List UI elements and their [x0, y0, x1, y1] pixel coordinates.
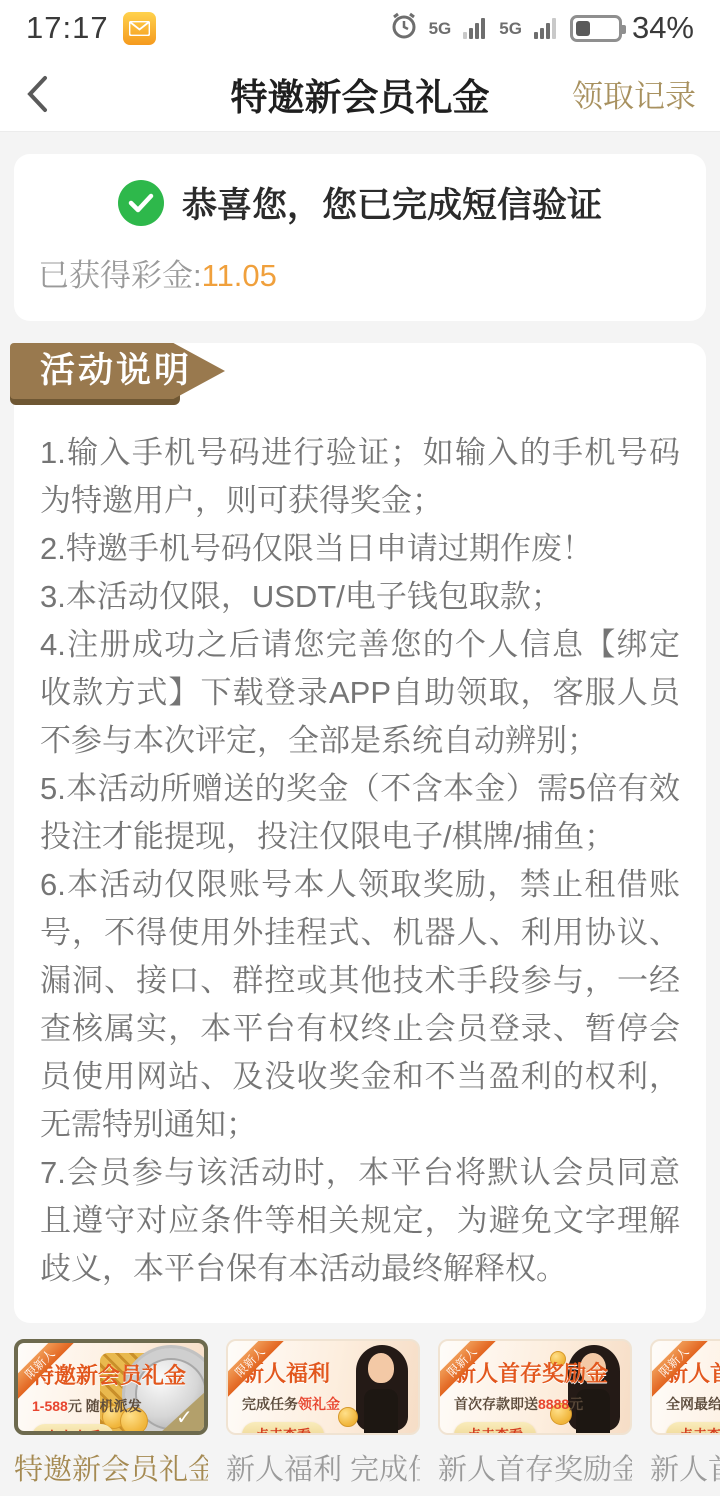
- rules-list: 1.输入手机号码进行验证；如输入的手机号码为特邀用户，则可获得奖金； 2.特邀手…: [14, 429, 706, 1293]
- rule-item-3: 3.本活动仅限，USDT/电子钱包取款；: [40, 573, 680, 621]
- bonus-line: 已获得彩金:11.05: [38, 250, 682, 295]
- promo-caption[interactable]: 新人首存奖励金 首...: [438, 1447, 632, 1488]
- promo-caption[interactable]: 新人首存: [650, 1447, 720, 1488]
- promo-view-button[interactable]: 点击查看: [666, 1422, 720, 1435]
- promo-caption[interactable]: 新人福利 完成任务...: [226, 1447, 420, 1488]
- rule-item-5: 5.本活动所赠送的奖金（不含本金）需5倍有效投注才能提现，投注仅限电子/棋牌/捕…: [40, 765, 680, 861]
- promo-captions-row: 特邀新会员礼金 新人福利 完成任务... 新人首存奖励金 首... 新人首存: [0, 1447, 720, 1488]
- battery-percent: 34%: [632, 10, 694, 46]
- rule-item-2: 2.特邀手机号码仅限当日申请过期作废！: [40, 525, 680, 573]
- network-5g-label-1: 5G: [429, 20, 452, 37]
- promo-card-newbie-welfare[interactable]: 限新人 新人福利 完成任务领礼金 点击查看: [226, 1339, 420, 1435]
- bonus-amount: 11.05: [202, 258, 277, 293]
- promo-caption-selected[interactable]: 特邀新会员礼金: [14, 1447, 208, 1488]
- network-5g-label-2: 5G: [499, 20, 522, 37]
- promo-card-first-deposit[interactable]: 限新人 新人首存 送 全网最给力 疯狂 点击查看: [650, 1339, 720, 1435]
- status-bar: 17:17 5G 5G 34%: [0, 0, 720, 56]
- back-chevron-icon: [24, 72, 50, 116]
- rule-item-7: 7.会员参与该活动时，本平台将默认会员同意且遵守对应条件等相关规定，为避免文字理…: [40, 1149, 680, 1293]
- claim-records-link[interactable]: 领取记录: [572, 71, 696, 116]
- clock-time: 17:17: [26, 10, 109, 46]
- new-user-ribbon: 限新人: [18, 1343, 88, 1413]
- rule-item-6: 6.本活动仅限账号本人领取奖励，禁止租借账号，不得使用外挂程式、机器人、利用协议…: [40, 861, 680, 1149]
- signal-icon-1: [463, 18, 485, 39]
- success-message: 恭喜您，您已完成短信验证: [182, 178, 602, 228]
- promo-view-button[interactable]: 点击查看: [454, 1422, 536, 1435]
- activity-rules-card: 活动说明 1.输入手机号码进行验证；如输入的手机号码为特邀用户，则可获得奖金； …: [14, 343, 706, 1323]
- nav-bar: 特邀新会员礼金 领取记录: [0, 56, 720, 132]
- rule-item-1: 1.输入手机号码进行验证；如输入的手机号码为特邀用户，则可获得奖金；: [40, 429, 680, 525]
- activity-header-ribbon: 活动说明: [14, 343, 706, 403]
- new-user-ribbon: 限新人: [440, 1341, 510, 1411]
- activity-header: 活动说明: [10, 343, 225, 399]
- promo-carousel[interactable]: 限新人 特邀新会员礼金 1-588元 随机派发 点击查看 ✓ 限新人 新人福利 …: [0, 1323, 720, 1435]
- new-user-ribbon: 限新人: [652, 1341, 720, 1411]
- alarm-icon: [389, 11, 419, 46]
- back-button[interactable]: [24, 72, 50, 116]
- promo-view-button[interactable]: 点击查看: [32, 1424, 114, 1435]
- success-check-icon: [118, 180, 164, 226]
- bonus-label: 已获得彩金:: [38, 258, 202, 293]
- app-screen: 17:17 5G 5G 34% 特邀新会员礼金 领取记录 恭喜您: [0, 0, 720, 1496]
- rule-item-4: 4.注册成功之后请您完善您的个人信息【绑定收款方式】下载登录APP自助领取，客服…: [40, 621, 680, 765]
- battery-icon: [570, 15, 622, 42]
- sms-verified-card: 恭喜您，您已完成短信验证 已获得彩金:11.05: [14, 154, 706, 321]
- promo-card-invited-gift[interactable]: 限新人 特邀新会员礼金 1-588元 随机派发 点击查看 ✓: [14, 1339, 208, 1435]
- mail-icon: [123, 12, 156, 45]
- selected-check-icon: ✓: [160, 1391, 206, 1433]
- new-user-ribbon: 限新人: [228, 1341, 298, 1411]
- signal-icon-2: [534, 18, 556, 39]
- promo-card-first-deposit-bonus[interactable]: 限新人 新人首存奖励金 首次存款即送8888元 点击查看: [438, 1339, 632, 1435]
- promo-view-button[interactable]: 点击查看: [242, 1422, 324, 1435]
